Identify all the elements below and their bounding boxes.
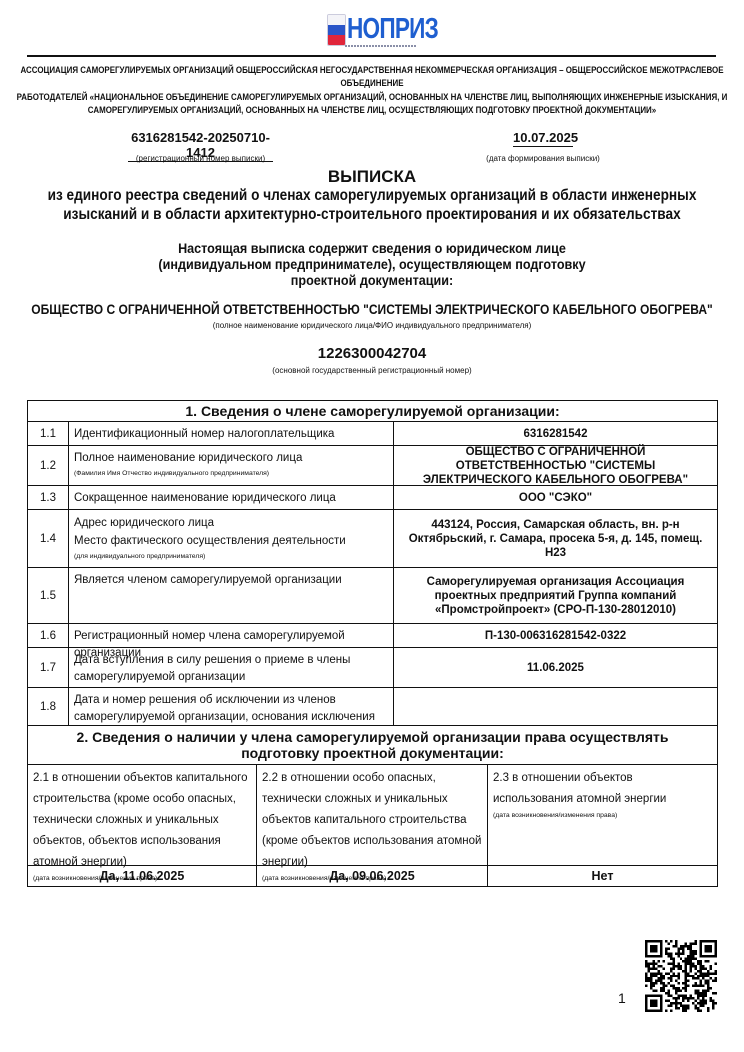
row-label: Полное наименование юридического лица (Ф… — [69, 446, 394, 485]
qr-code-icon — [645, 940, 717, 1012]
row-value: 443124, Россия, Самарская область, вн. р… — [394, 510, 717, 567]
table-row: 1.4 Адрес юридического лица Место фактич… — [28, 509, 717, 567]
row-number: 1.8 — [28, 688, 69, 725]
russian-flag-icon — [327, 14, 346, 46]
right-value-2-2: Да, 09.06.2025 — [257, 866, 488, 886]
section2-values-row: Да, 11.06.2025 Да, 09.06.2025 Нет — [28, 865, 717, 886]
association-line: САМОРЕГУЛИРУЕМЫХ ОРГАНИЗАЦИЙ, ОСНОВАННЫХ… — [15, 104, 729, 117]
subtitle-line: изысканий и в области архитектурно-строи… — [2, 205, 741, 224]
intro-line: проектной документации: — [37, 272, 707, 288]
table-row: 1.7 Дата вступления в силу решения о при… — [28, 647, 717, 687]
row-label: Дата вступления в силу решения о приеме … — [69, 648, 394, 687]
row-number: 1.2 — [28, 446, 69, 485]
row-label-text: Место фактического осуществления деятель… — [74, 532, 388, 550]
row-value: ООО "СЭКО" — [394, 486, 717, 509]
table-row: 1.6 Регистрационный номер члена саморегу… — [28, 623, 717, 647]
right-note: (дата возникновения/изменения права) — [493, 810, 712, 822]
row-label: Дата и номер решения об исключении из чл… — [69, 688, 394, 725]
row-label-text: Дата и номер решения об исключении из чл… — [74, 694, 375, 723]
section2-header-row: 2. Сведения о наличии у члена саморегули… — [28, 725, 717, 764]
right-label: 2.2 в отношении особо опасных, техническ… — [262, 772, 481, 868]
row-value: П-130-006316281542-0322 — [394, 624, 717, 647]
right-value-2-1: Да, 11.06.2025 — [28, 866, 257, 886]
row-value: ОБЩЕСТВО С ОГРАНИЧЕННОЙ ОТВЕТСТВЕННОСТЬЮ… — [394, 446, 717, 485]
extract-date: 10.07.2025 — [513, 130, 573, 147]
row-label: Идентификационный номер налогоплательщик… — [69, 422, 394, 445]
subtitle-line: из единого реестра сведений о членах сам… — [2, 186, 741, 205]
extract-date-caption: (дата формирования выписки) — [480, 154, 606, 163]
organization-full-name: ОБЩЕСТВО С ОГРАНИЧЕННОЙ ОТВЕТСТВЕННОСТЬЮ… — [0, 301, 744, 317]
registry-table: 1. Сведения о члене саморегулируемой орг… — [27, 400, 718, 887]
section2-columns-row: 2.1 в отношении объектов капитального ст… — [28, 764, 717, 865]
right-column-2-1: 2.1 в отношении объектов капитального ст… — [28, 765, 257, 865]
row-label: Сокращенное наименование юридического ли… — [69, 486, 394, 509]
section1-title: 1. Сведения о члене саморегулируемой орг… — [28, 401, 717, 421]
document-subtitle: из единого реестра сведений о членах сам… — [0, 186, 744, 224]
page-number: 1 — [618, 990, 626, 1006]
organization-name-caption: (полное наименование юридического лица/Ф… — [0, 321, 744, 330]
row-label-text: Идентификационный номер налогоплательщик… — [74, 428, 334, 440]
right-label: 2.3 в отношении объектов использования а… — [493, 772, 666, 805]
logo-text: НОПРИЗ — [347, 14, 438, 44]
row-label-text: Адрес юридического лица — [74, 514, 388, 532]
intro-line: Настоящая выписка содержит сведения о юр… — [37, 240, 707, 256]
document-title: ВЫПИСКА — [0, 167, 744, 187]
row-label: Регистрационный номер члена саморегулиру… — [69, 624, 394, 647]
row-note: (для индивидуального предпринимателя) — [74, 550, 388, 564]
row-number: 1.7 — [28, 648, 69, 687]
section2-title: 2. Сведения о наличии у члена саморегули… — [28, 726, 717, 764]
row-number: 1.3 — [28, 486, 69, 509]
ogrn-number: 1226300042704 — [0, 345, 744, 362]
intro-line: (индивидуальном предпринимателе), осущес… — [37, 256, 707, 272]
right-label: 2.1 в отношении объектов капитального ст… — [33, 772, 248, 868]
association-line: АССОЦИАЦИЯ САМОРЕГУЛИРУЕМЫХ ОРГАНИЗАЦИЙ … — [15, 64, 729, 91]
registration-number-caption: (регистрационный номер выписки) — [118, 154, 283, 163]
table-row: 1.5 Является членом саморегулируемой орг… — [28, 567, 717, 623]
header-divider — [27, 55, 716, 57]
intro-text: Настоящая выписка содержит сведения о юр… — [0, 240, 744, 288]
row-number: 1.5 — [28, 568, 69, 623]
row-label: Является членом саморегулируемой организ… — [69, 568, 394, 623]
table-row: 1.1 Идентификационный номер налогоплател… — [28, 421, 717, 445]
right-column-2-2: 2.2 в отношении особо опасных, техническ… — [257, 765, 488, 865]
row-value: 6316281542 — [394, 422, 717, 445]
section1-header-row: 1. Сведения о члене саморегулируемой орг… — [28, 401, 717, 421]
row-label-text: Является членом саморегулируемой организ… — [74, 574, 342, 586]
association-line: РАБОТОДАТЕЛЕЙ «НАЦИОНАЛЬНОЕ ОБЪЕДИНЕНИЕ … — [15, 91, 729, 104]
right-column-2-3: 2.3 в отношении объектов использования а… — [488, 765, 717, 865]
right-value-2-3: Нет — [488, 866, 717, 886]
table-row: 1.2 Полное наименование юридического лиц… — [28, 445, 717, 485]
table-row: 1.3 Сокращенное наименование юридическог… — [28, 485, 717, 509]
row-label-text: Дата вступления в силу решения о приеме … — [74, 654, 350, 683]
row-number: 1.6 — [28, 624, 69, 647]
row-value — [394, 688, 717, 725]
row-label-text: Сокращенное наименование юридического ли… — [74, 492, 336, 504]
table-row: 1.8 Дата и номер решения об исключении и… — [28, 687, 717, 725]
row-label: Адрес юридического лица Место фактическо… — [69, 510, 394, 567]
row-value: 11.06.2025 — [394, 648, 717, 687]
organization-full-name-text: ОБЩЕСТВО С ОГРАНИЧЕННОЙ ОТВЕТСТВЕННОСТЬЮ… — [19, 301, 724, 317]
row-note: (Фамилия Имя Отчество индивидуального пр… — [74, 467, 388, 481]
row-number: 1.4 — [28, 510, 69, 567]
logo-tagline — [345, 45, 417, 47]
association-name: АССОЦИАЦИЯ САМОРЕГУЛИРУЕМЫХ ОРГАНИЗАЦИЙ … — [12, 64, 732, 118]
row-label-text: Полное наименование юридического лица — [74, 452, 302, 464]
row-number: 1.1 — [28, 422, 69, 445]
row-value: Саморегулируемая организация Ассоциация … — [394, 568, 717, 623]
ogrn-caption: (основной государственный регистрационны… — [0, 366, 744, 375]
